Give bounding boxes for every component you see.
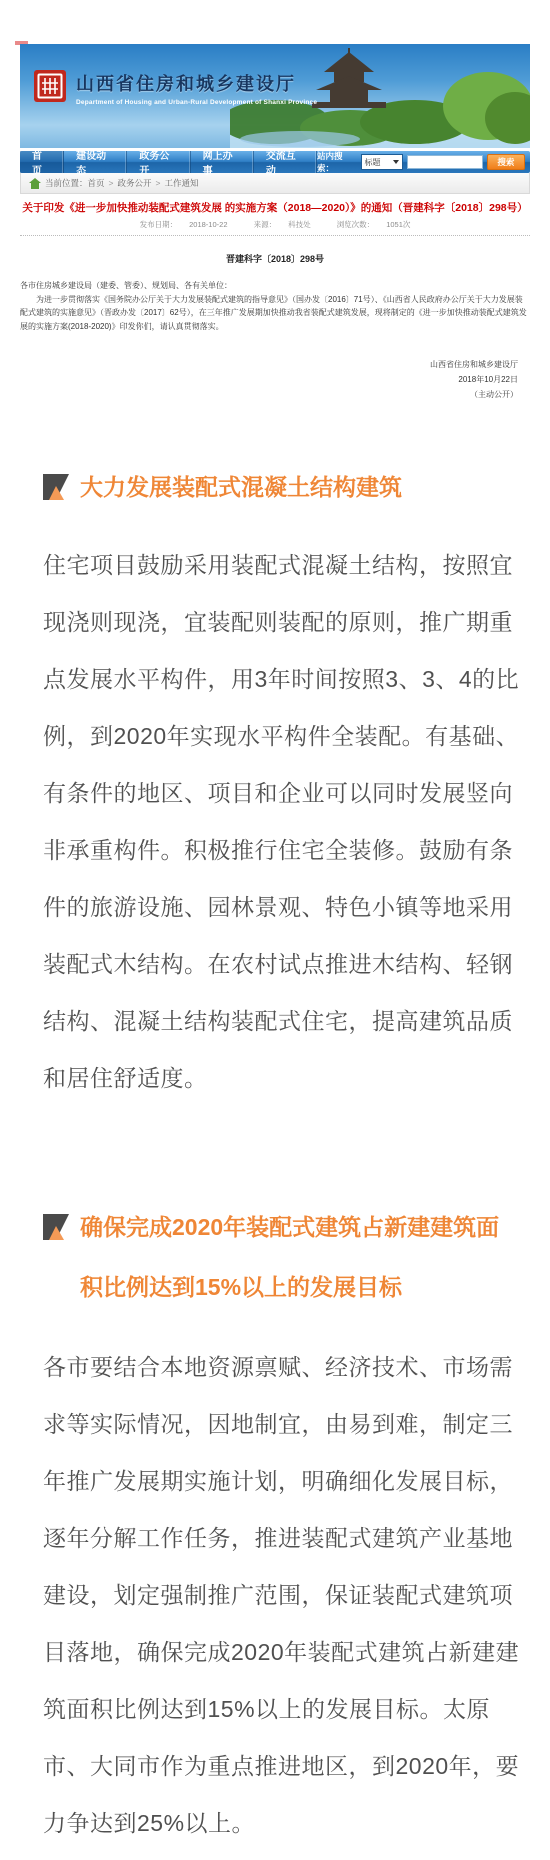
search-category-select[interactable]: 标题 [361, 154, 403, 170]
article-title: 关于印发《进一步加快推动装配式建筑发展 的实施方案（2018—2020）》的通知… [20, 200, 530, 215]
agency-logo-link[interactable]: 山西省住房和城乡建设厅 Department of Housing and Ur… [34, 70, 317, 106]
site-header: 山西省住房和城乡建设厅 Department of Housing and Ur… [20, 44, 530, 194]
document-signature: 山西省住房和城乡建设厅 2018年10月22日 （主动公开） [20, 357, 518, 402]
section-1-header: 大力发展装配式混凝土结构建筑 [43, 457, 522, 517]
section-marker-icon [43, 1214, 69, 1240]
section-1-title: 大力发展装配式混凝土结构建筑 [80, 457, 402, 517]
agency-name-en: Department of Housing and Urban-Rural De… [76, 99, 317, 106]
document-number: 晋建科字〔2018〕298号 [20, 252, 530, 265]
pagoda-silhouette [312, 48, 386, 108]
breadcrumb-home[interactable]: 首页 [88, 177, 105, 189]
dotted-divider [20, 235, 530, 236]
signature-org: 山西省住房和城乡建设厅 [20, 357, 518, 372]
search-category-value: 标题 [365, 157, 381, 168]
signature-date: 2018年10月22日 [20, 372, 518, 387]
publish-date: 发布日期：2018-10-22 [134, 220, 234, 229]
section-marker-icon [43, 474, 69, 500]
breadcrumb-government-affairs[interactable]: 政务公开 [118, 177, 152, 189]
agency-name-block: 山西省住房和城乡建设厅 Department of Housing and Ur… [76, 70, 317, 106]
breadcrumb-work-notice[interactable]: 工作通知 [164, 177, 198, 189]
breadcrumb-separator: > [109, 178, 114, 188]
article-header: 关于印发《进一步加快推动装配式建筑发展 的实施方案（2018—2020）》的通知… [20, 200, 530, 236]
nav-item-online-services[interactable]: 网上办事 [191, 151, 254, 173]
page: 山西省住房和城乡建设厅 Department of Housing and Ur… [0, 0, 550, 1860]
nav-item-interaction[interactable]: 交流互动 [254, 151, 317, 173]
agency-name: 山西省住房和城乡建设厅 [76, 70, 317, 96]
nav-item-construction-news[interactable]: 建设动态 [64, 151, 127, 173]
nav-item-government-affairs[interactable]: 政务公开 [127, 151, 190, 173]
section-2-paragraph: 各市要结合本地资源禀赋、经济技术、市场需求等实际情况，因地制宜，由易到难，制定三… [43, 1339, 522, 1852]
home-icon [29, 178, 41, 189]
section-1-paragraph: 住宅项目鼓励采用装配式混凝土结构，按照宜现浇则现浇，宜装配则装配的原则，推广期重… [43, 537, 522, 1107]
document-paragraph: 为进一步贯彻落实《国务院办公厅关于大力发展装配式建筑的指导意见》（国办发〔201… [20, 293, 530, 334]
section-2-header: 确保完成2020年装配式建筑占新建建筑面积比例达到15%以上的发展目标 [43, 1197, 522, 1317]
signature-disclosure: （主动公开） [20, 387, 518, 402]
article-meta: 发布日期：2018-10-22 来源：科技处 浏览次数：1051次 [20, 219, 530, 230]
agency-seal-icon [34, 70, 66, 102]
document-body: 晋建科字〔2018〕298号 各市住房城乡建设局（建委、管委）、规划局、各有关单… [20, 252, 530, 402]
breadcrumb-location-label: 当前位置： [45, 177, 88, 189]
nav-items: 首页 建设动态 政务公开 网上办事 交流互动 [20, 151, 317, 173]
nav-item-home[interactable]: 首页 [20, 151, 64, 173]
chevron-down-icon [393, 160, 399, 164]
section-2-title: 确保完成2020年装配式建筑占新建建筑面积比例达到15%以上的发展目标 [80, 1197, 522, 1317]
search-input[interactable] [407, 155, 483, 169]
breadcrumb-separator: > [156, 178, 161, 188]
search-button[interactable]: 搜索 [487, 154, 525, 170]
search-label: 站内搜索： [317, 150, 357, 174]
site-banner: 山西省住房和城乡建设厅 Department of Housing and Ur… [20, 44, 530, 148]
site-search: 站内搜索： 标题 搜索 [317, 151, 530, 173]
article-source: 来源：科技处 [248, 220, 317, 229]
document-salutation: 各市住房城乡建设局（建委、管委）、规划局、各有关单位： [20, 279, 530, 293]
view-count: 浏览次数：1051次 [331, 220, 417, 229]
highlight-sections: 大力发展装配式混凝土结构建筑 住宅项目鼓励采用装配式混凝土结构，按照宜现浇则现浇… [43, 457, 522, 1852]
main-nav: 首页 建设动态 政务公开 网上办事 交流互动 站内搜索： 标题 搜索 [20, 151, 530, 173]
